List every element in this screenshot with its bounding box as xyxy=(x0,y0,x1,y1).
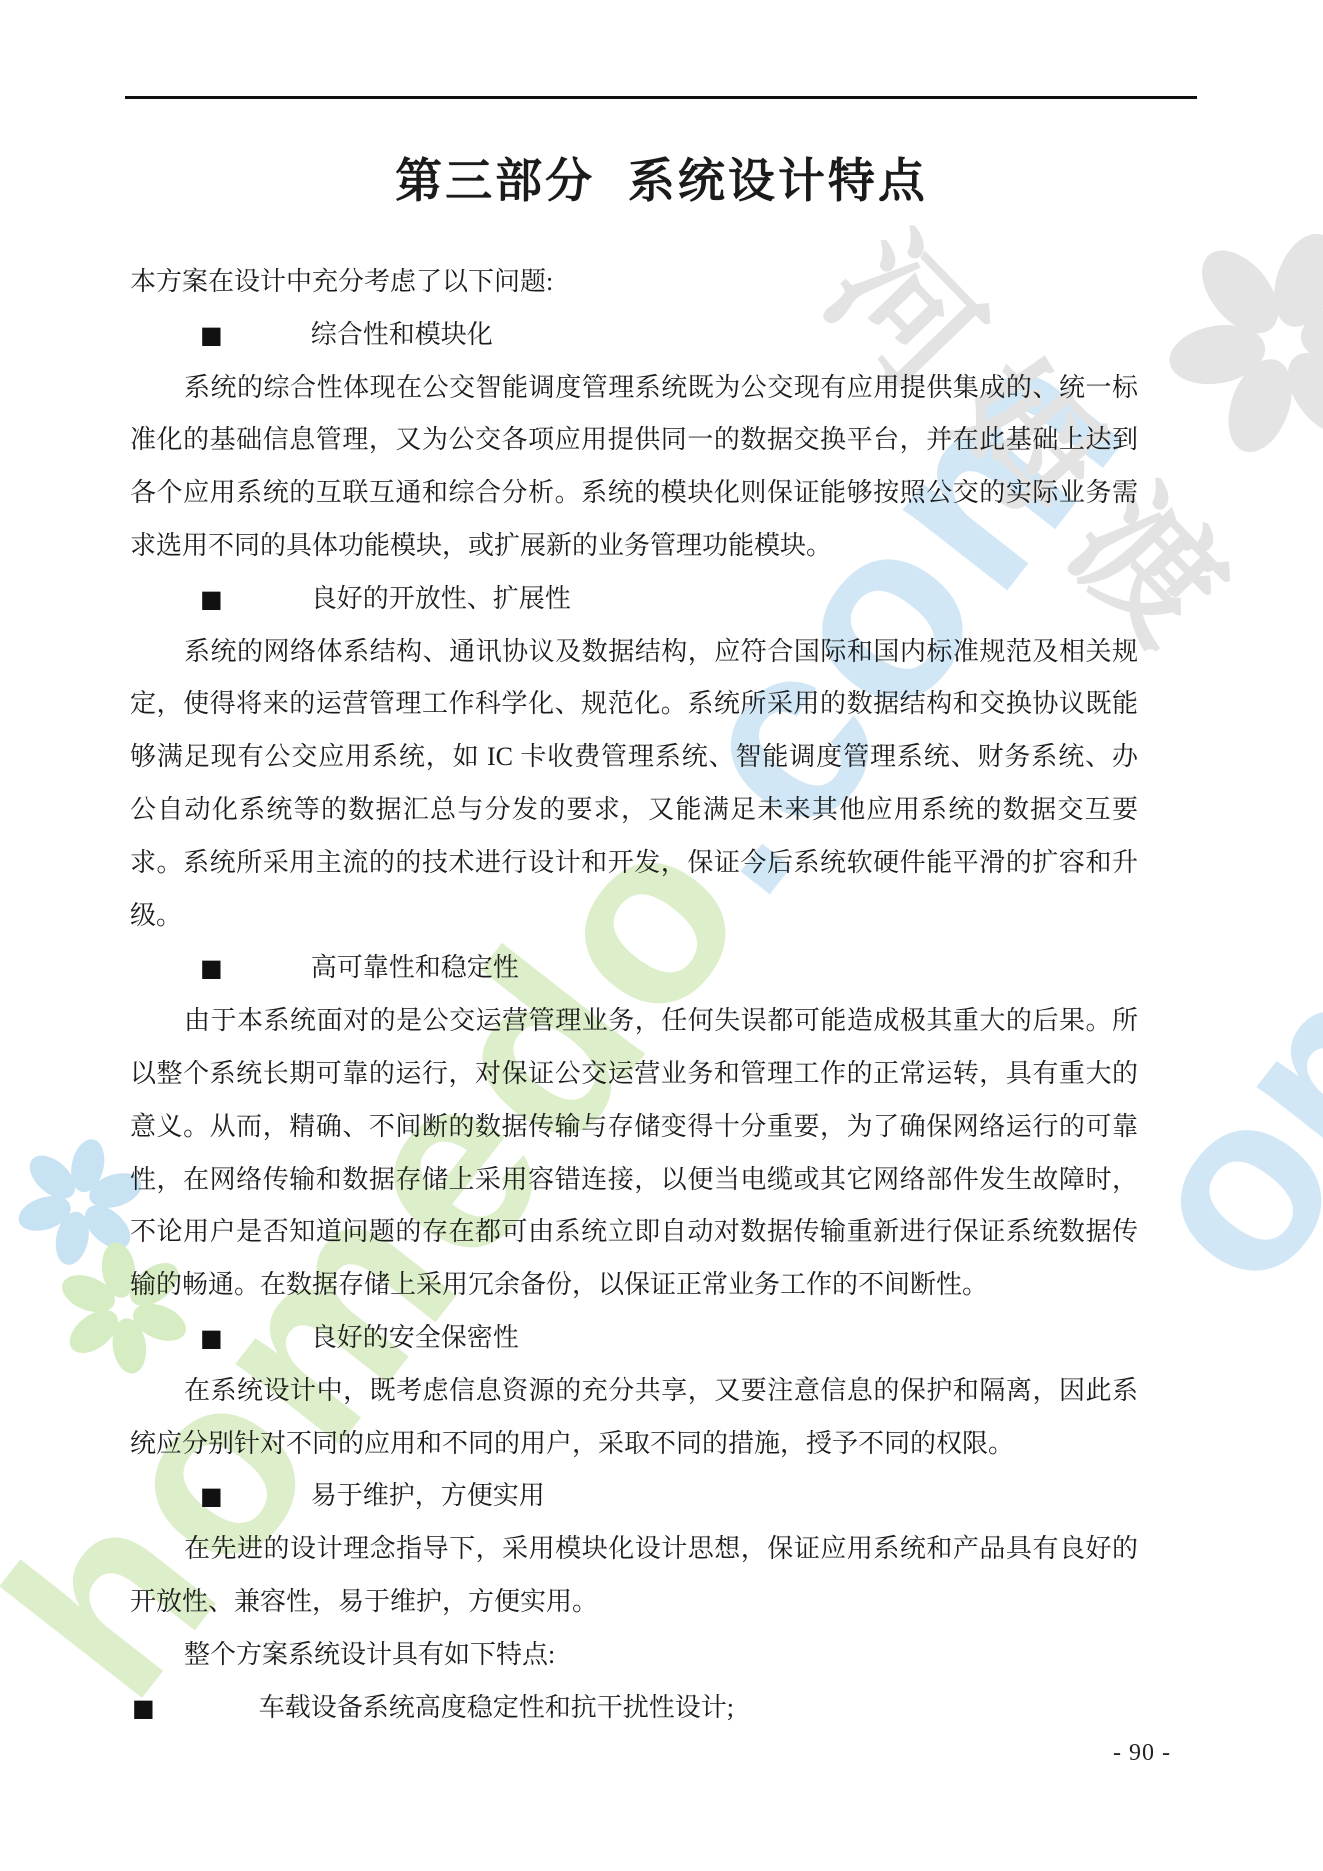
text-line: 统应分别针对不同的应用和不同的用户，采取不同的措施，授予不同的权限。 xyxy=(130,1418,1138,1471)
bullet-square-icon: ■ xyxy=(132,1694,155,1722)
bullet-label: 车载设备系统高度稳定性和抗干扰性设计; xyxy=(259,1693,734,1722)
body-lines: 本方案在设计中充分考虑了以下问题:■综合性和模块化系统的综合性体现在公交智能调度… xyxy=(130,256,1138,1734)
bullet-label: 良好的安全保密性 xyxy=(311,1323,519,1352)
bullet-square-icon: ■ xyxy=(200,1482,223,1510)
bullet-square-icon: ■ xyxy=(200,954,223,982)
text-line: 求。系统所采用主流的的技术进行设计和开发，保证今后系统软硬件能平滑的扩容和升 xyxy=(130,837,1138,890)
text-line: 以整个系统长期可靠的运行，对保证公交运营业务和管理工作的正常运转，具有重大的 xyxy=(130,1048,1138,1101)
bullet-line: ■高可靠性和稳定性 xyxy=(130,942,1138,995)
text-line: 够满足现有公交应用系统，如 IC 卡收费管理系统、智能调度管理系统、财务系统、办 xyxy=(130,731,1138,784)
text-line: 系统的综合性体现在公交智能调度管理系统既为公交现有应用提供集成的、统一标 xyxy=(130,362,1138,415)
text-line: 在先进的设计理念指导下，采用模块化设计思想，保证应用系统和产品具有良好的 xyxy=(130,1523,1138,1576)
bullet-label: 高可靠性和稳定性 xyxy=(311,953,519,982)
bullet-line: ■综合性和模块化 xyxy=(130,309,1138,362)
bullet-line: ■易于维护，方便实用 xyxy=(130,1470,1138,1523)
bullet-line: ■良好的安全保密性 xyxy=(130,1312,1138,1365)
bullet-label: 良好的开放性、扩展性 xyxy=(311,584,571,613)
bullet-line: ■车载设备系统高度稳定性和抗干扰性设计; xyxy=(130,1682,1138,1735)
text-line: 在系统设计中，既考虑信息资源的充分共享，又要注意信息的保护和隔离，因此系 xyxy=(130,1365,1138,1418)
text-line: 求选用不同的具体功能模块，或扩展新的业务管理功能模块。 xyxy=(130,520,1138,573)
text-line: 性，在网络传输和数据存储上采用容错连接，以便当电缆或其它网络部件发生故障时， xyxy=(130,1154,1138,1207)
text-line: 定，使得将来的运营管理工作科学化、规范化。系统所采用的数据结构和交换协议既能 xyxy=(130,678,1138,731)
page-title: 第三部分 系统设计特点 xyxy=(0,152,1323,212)
text-line: 不论用户是否知道问题的存在都可由系统立即自动对数据传输重新进行保证系统数据传 xyxy=(130,1206,1138,1259)
text-line: 整个方案系统设计具有如下特点: xyxy=(130,1629,1138,1682)
text-line: 由于本系统面对的是公交运营管理业务，任何失误都可能造成极其重大的后果。所 xyxy=(130,995,1138,1048)
text-line: 各个应用系统的互联互通和综合分析。系统的模块化则保证能够按照公交的实际业务需 xyxy=(130,467,1138,520)
header-rule xyxy=(125,96,1197,99)
text-line: 系统的网络体系结构、通讯协议及数据结构，应符合国际和国内标准规范及相关规 xyxy=(130,626,1138,679)
text-line: 意义。从而，精确、不间断的数据传输与存储变得十分重要，为了确保网络运行的可靠 xyxy=(130,1101,1138,1154)
text-line: 公自动化系统等的数据汇总与分发的要求，又能满足未来其他应用系统的数据交互要 xyxy=(130,784,1138,837)
text-line: 开放性、兼容性，易于维护，方便实用。 xyxy=(130,1576,1138,1629)
bullet-label: 综合性和模块化 xyxy=(311,320,493,349)
text-line: 级。 xyxy=(130,890,1138,943)
bullet-square-icon: ■ xyxy=(200,585,223,613)
bullet-square-icon: ■ xyxy=(200,1324,223,1352)
bullet-square-icon: ■ xyxy=(200,321,223,349)
text-line: 准化的基础信息管理，又为公交各项应用提供同一的数据交换平台，并在此基础上达到 xyxy=(130,414,1138,467)
page-number: - 90 - xyxy=(1113,1740,1171,1767)
content-layer: 第三部分 系统设计特点 本方案在设计中充分考虑了以下问题:■综合性和模块化系统的… xyxy=(0,0,1323,1871)
document-page: homedo.com om 河姆渡 xyxy=(0,0,1323,1871)
text-line: 输的畅通。在数据存储上采用冗余备份，以保证正常业务工作的不间断性。 xyxy=(130,1259,1138,1312)
text-line: 本方案在设计中充分考虑了以下问题: xyxy=(130,256,1138,309)
bullet-label: 易于维护，方便实用 xyxy=(311,1481,545,1510)
bullet-line: ■良好的开放性、扩展性 xyxy=(130,573,1138,626)
